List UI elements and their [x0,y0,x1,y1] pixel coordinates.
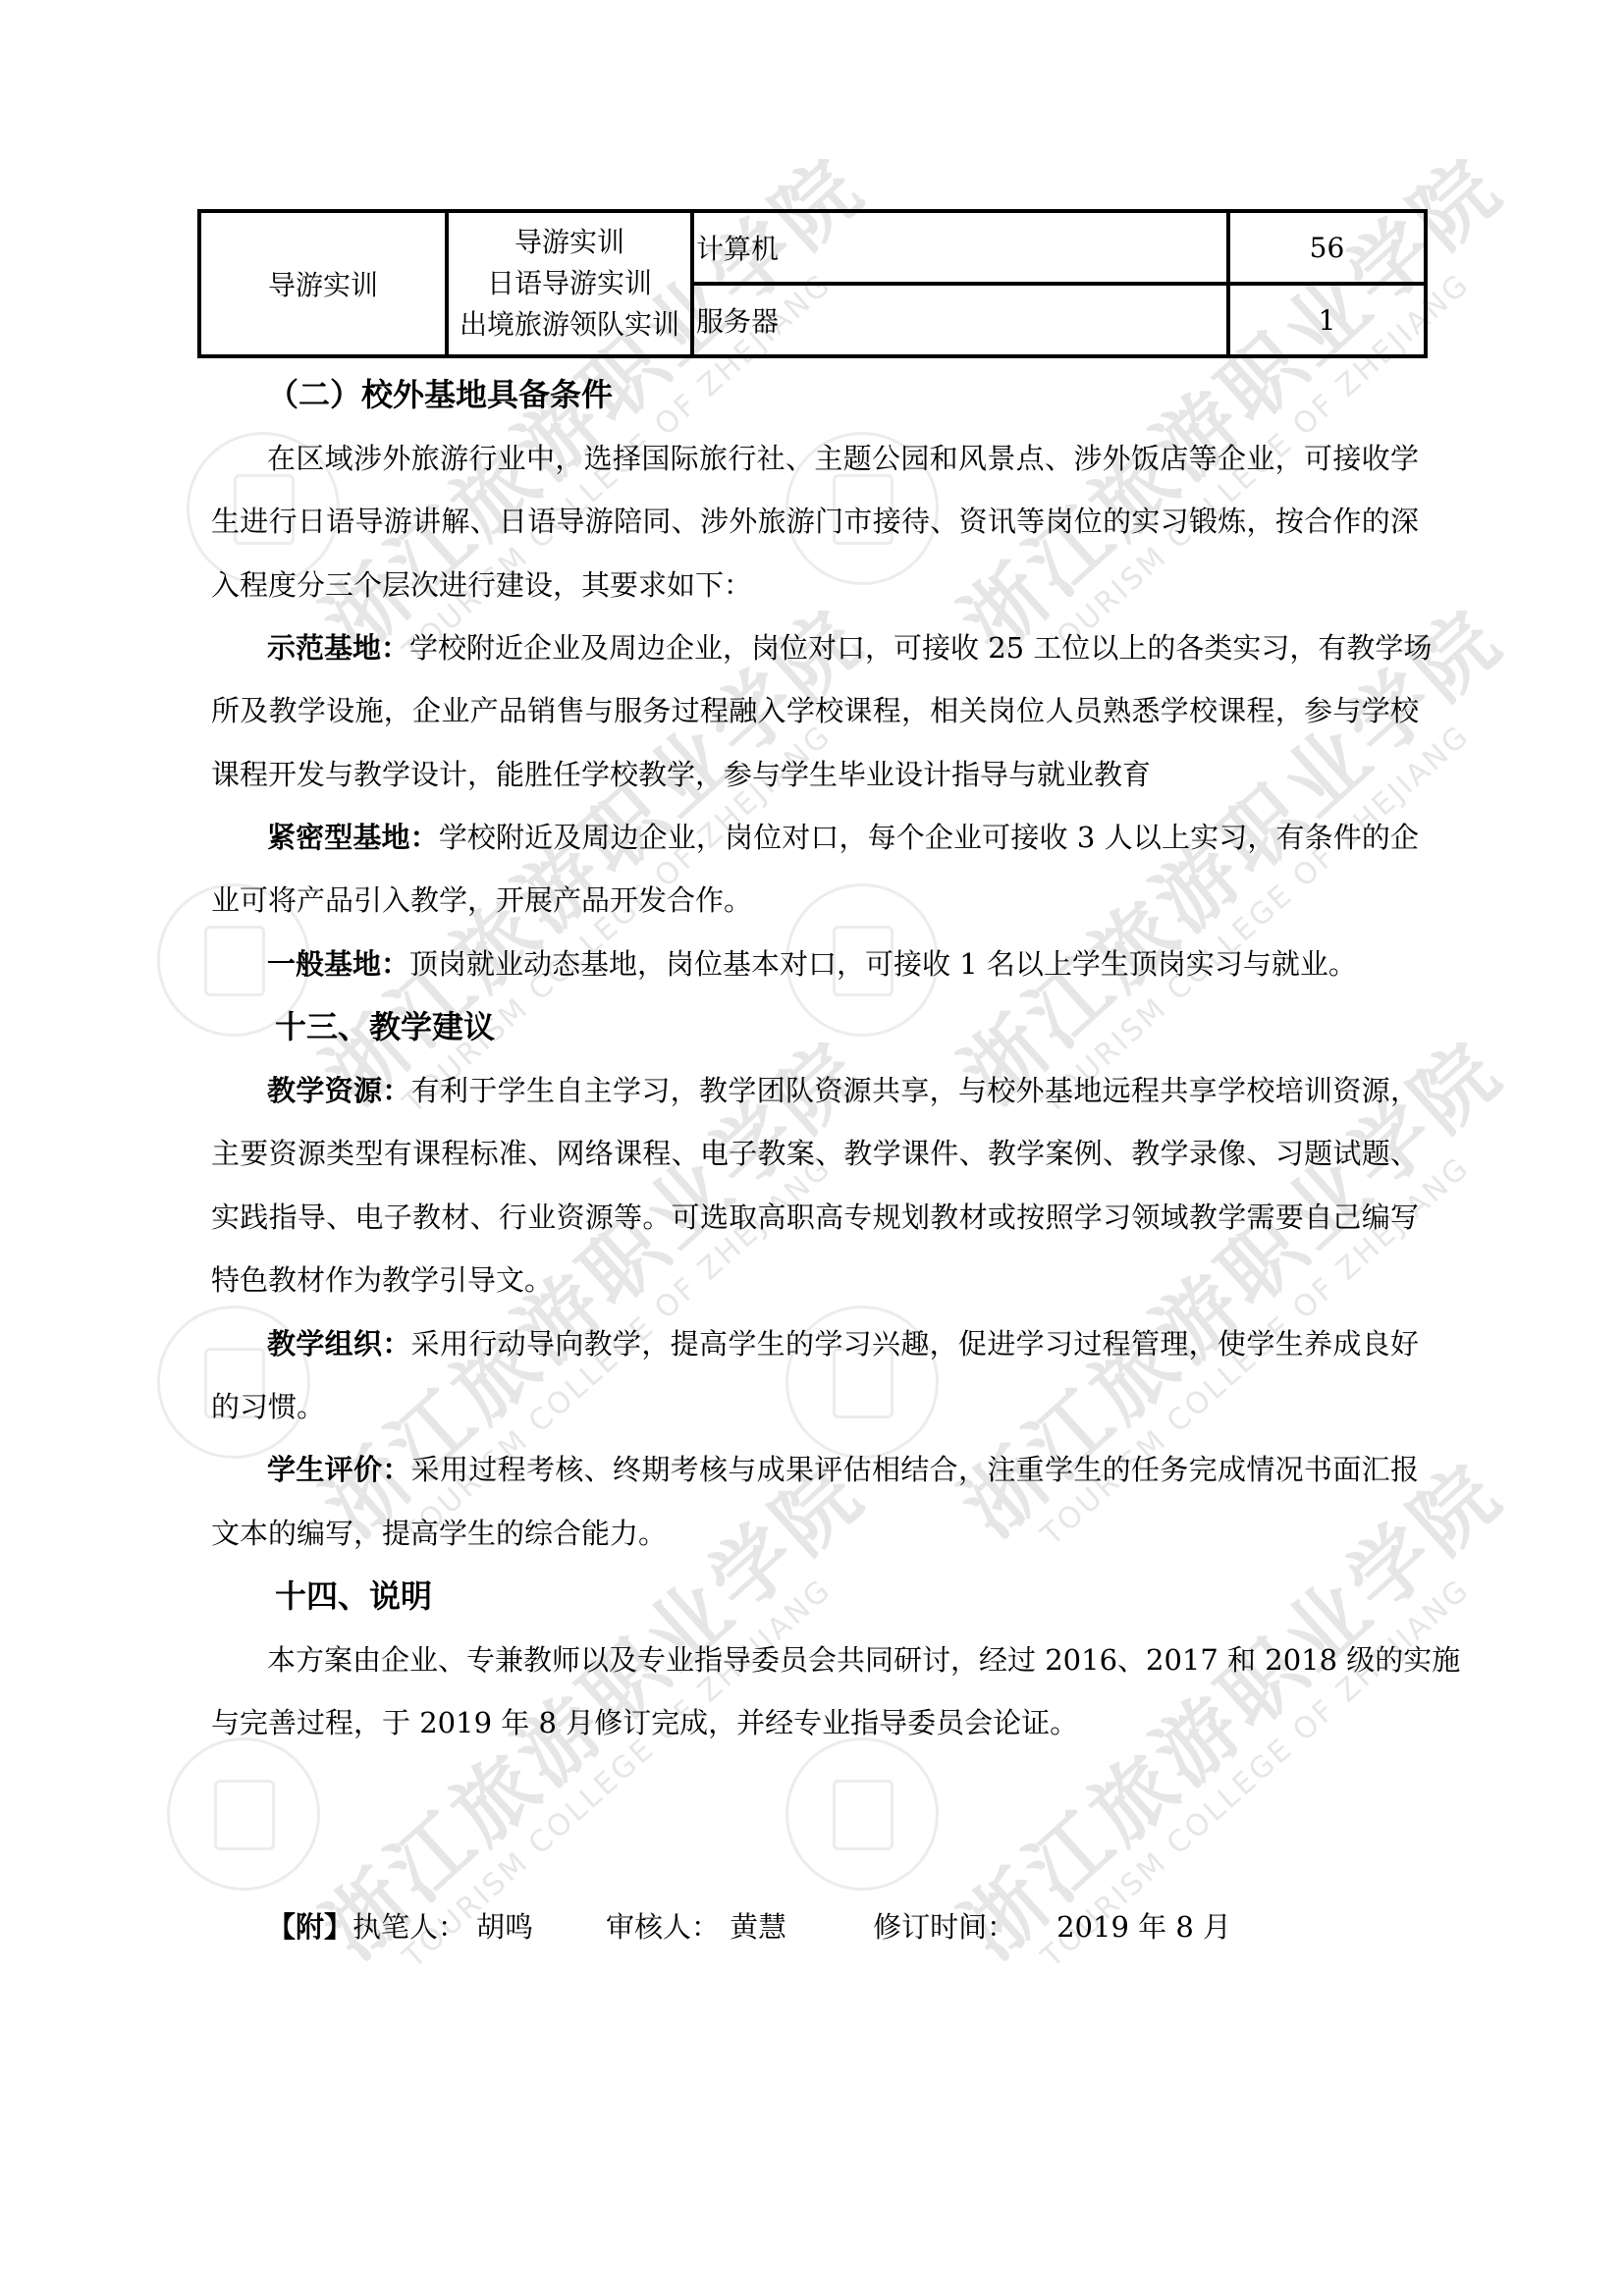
paragraph-line: 的习惯。 [211,1389,1419,1424]
paragraph-line: 特色教材作为教学引导文。 [211,1262,1419,1298]
reviewer-label: 审核人： [606,1909,720,1945]
paragraph-line: 课程开发与教学设计，能胜任学校教学，参与学生毕业设计指导与就业教育 [211,757,1419,792]
author-name: 胡鸣 [476,1909,533,1945]
paragraph-line: 与完善过程，于 2019 年 8 月修订完成，并经专业指导委员会论证。 [211,1705,1419,1740]
paragraph-line: 教学资源：有利于学生自主学习，教学团队资源共享，与校外基地远程共享学校培训资源， [267,1073,1419,1108]
paragraph-line: 本方案由企业、专兼教师以及专业指导委员会共同研讨，经过 2016、2017 和 … [267,1642,1419,1678]
room-name: 日语导游实训 [451,263,688,304]
rooms-cell: 导游实训 日语导游实训 出境旅游领队实训 [447,211,692,356]
term-label: 紧密型基地： [267,821,439,854]
term-label: 示范基地： [267,631,409,665]
section-heading-13: 十三、教学建议 [275,1009,495,1044]
paragraph-line: 入程度分三个层次进行建设，其要求如下： [211,567,1419,603]
category-cell: 导游实训 [199,211,447,356]
paragraph-line: 紧密型基地：学校附近及周边企业，岗位对口，每个企业可接收 3 人以上实习，有条件… [267,820,1419,855]
term-label: 一般基地： [267,947,409,981]
equipment-name-cell: 计算机 [692,211,1228,284]
signature-line: 【附】执笔人：胡鸣审核人：黄慧修订时间：2019 年 8 月 [267,1909,1231,1945]
equipment-name-cell: 服务器 [692,284,1228,356]
training-equipment-table: 导游实训 导游实训 日语导游实训 出境旅游领队实训 计算机 56 服务器 1 [197,209,1428,358]
signature-prefix: 【附】 [267,1909,352,1945]
revision-date: 2019 年 8 月 [1056,1909,1231,1945]
date-label: 修订时间： [873,1909,1015,1945]
paragraph-line: 在区域涉外旅游行业中，选择国际旅行社、主题公园和风景点、涉外饭店等企业，可接收学 [267,441,1419,476]
section-heading-14: 十四、说明 [275,1578,432,1614]
room-name: 导游实训 [451,222,688,263]
paragraph-text: 采用行动导向教学，提高学生的学习兴趣，促进学习过程管理，使学生养成良好 [411,1327,1419,1361]
paragraph-line: 主要资源类型有课程标准、网络课程、电子教案、教学课件、教学案例、教学录像、习题试… [211,1136,1419,1171]
paragraph-text: 学校附近企业及周边企业，岗位对口，可接收 25 工位以上的各类实习，有教学场 [409,631,1432,665]
table-row: 导游实训 导游实训 日语导游实训 出境旅游领队实训 计算机 56 [199,211,1426,284]
term-label: 学生评价： [267,1453,411,1486]
paragraph-text: 有利于学生自主学习，教学团队资源共享，与校外基地远程共享学校培训资源， [411,1074,1419,1107]
paragraph-line: 业可将产品引入教学，开展产品开发合作。 [211,882,1419,918]
paragraph-line: 生进行日语导游讲解、日语导游陪同、涉外旅游门市接待、资讯等岗位的实习锻炼，按合作… [211,504,1419,539]
room-name: 出境旅游领队实训 [451,304,688,346]
equipment-qty-cell: 56 [1228,211,1426,284]
watermark-seal [167,1737,320,1891]
paragraph-line: 文本的编写，提高学生的综合能力。 [211,1516,1419,1551]
watermark-seal [785,1737,939,1891]
equipment-qty-cell: 1 [1228,284,1426,356]
reviewer-name: 黄慧 [730,1909,786,1945]
term-label: 教学资源： [267,1074,411,1107]
paragraph-line: 一般基地：顶岗就业动态基地，岗位基本对口，可接收 1 名以上学生顶岗实习与就业。 [267,946,1419,982]
paragraph-text: 采用过程考核、终期考核与成果评估相结合，注重学生的任务完成情况书面汇报 [411,1453,1419,1486]
paragraph-line: 学生评价：采用过程考核、终期考核与成果评估相结合，注重学生的任务完成情况书面汇报 [267,1452,1419,1487]
paragraph-text: 学校附近及周边企业，岗位对口，每个企业可接收 3 人以上实习，有条件的企 [439,821,1419,854]
section-heading-offcampus: （二）校外基地具备条件 [267,377,613,412]
paragraph-line: 教学组织：采用行动导向教学，提高学生的学习兴趣，促进学习过程管理，使学生养成良好 [267,1326,1419,1362]
paragraph-line: 示范基地：学校附近企业及周边企业，岗位对口，可接收 25 工位以上的各类实习，有… [267,630,1419,666]
term-label: 教学组织： [267,1327,411,1361]
paragraph-line: 实践指导、电子教材、行业资源等。可选取高职高专规划教材或按照学习领域教学需要自己… [211,1200,1419,1235]
paragraph-text: 顶岗就业动态基地，岗位基本对口，可接收 1 名以上学生顶岗实习与就业。 [409,947,1357,981]
paragraph-line: 所及教学设施，企业产品销售与服务过程融入学校课程，相关岗位人员熟悉学校课程，参与… [211,693,1419,728]
author-label: 执笔人： [352,1909,466,1945]
